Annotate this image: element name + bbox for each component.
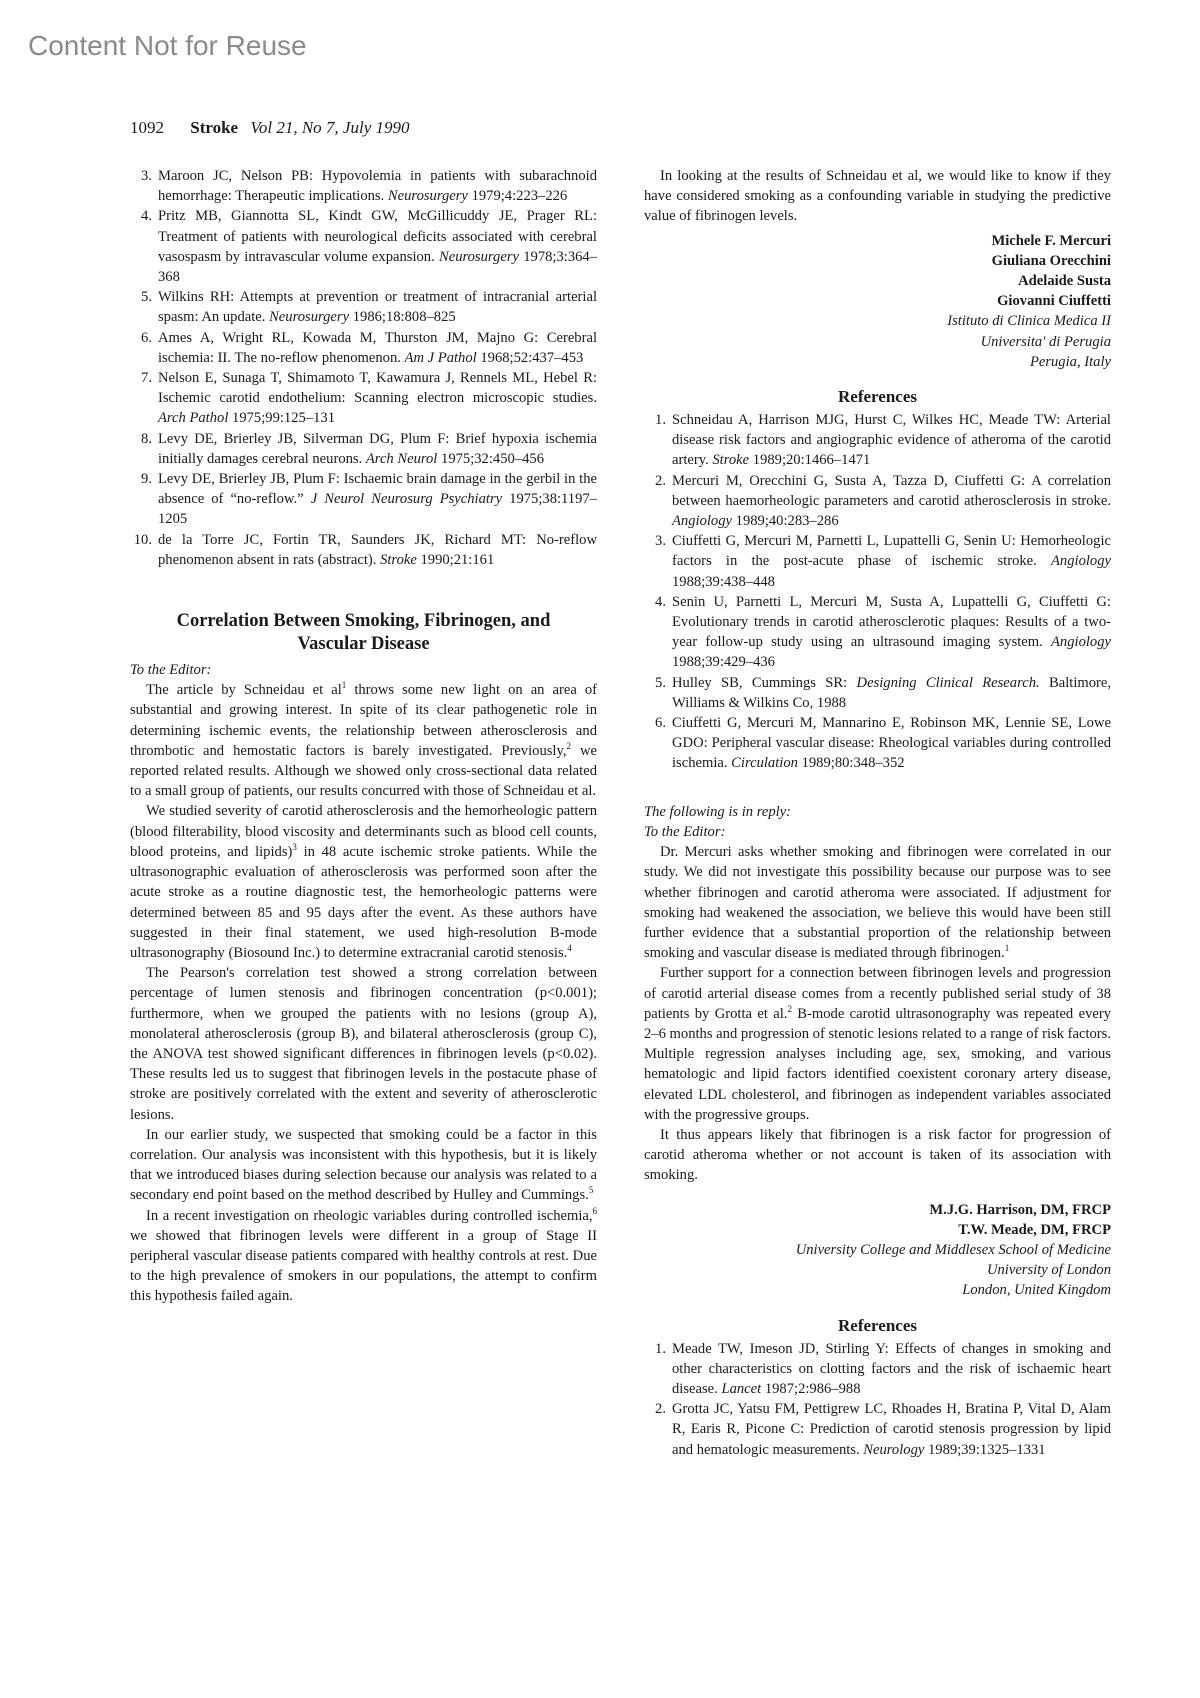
reference-item: 2.Grotta JC, Yatsu FM, Pettigrew LC, Rho…	[644, 1399, 1111, 1460]
affiliation: University College and Middlesex School …	[644, 1240, 1111, 1260]
body-paragraph: The Pearson's correlation test showed a …	[130, 963, 597, 1125]
reference-item: 4.Pritz MB, Giannotta SL, Kindt GW, McGi…	[130, 206, 597, 287]
reply-references-heading: References	[644, 1315, 1111, 1337]
body-paragraph: In a recent investigation on rheologic v…	[130, 1206, 597, 1307]
body-paragraph: In our earlier study, we suspected that …	[130, 1125, 597, 1206]
reference-item: 5.Wilkins RH: Attempts at prevention or …	[130, 287, 597, 327]
affiliation: Istituto di Clinica Medica II	[644, 311, 1111, 331]
reply-reference-list: 1.Meade TW, Imeson JD, Stirling Y: Effec…	[644, 1339, 1111, 1460]
page-number: 1092	[130, 118, 164, 137]
author-name: Adelaide Susta	[644, 271, 1111, 291]
reference-item: 6.Ciuffetti G, Mercuri M, Mannarino E, R…	[644, 713, 1111, 774]
prior-reference-list: 3.Maroon JC, Nelson PB: Hypovolemia in p…	[130, 166, 597, 570]
reply-paragraph: Further support for a connection between…	[644, 963, 1111, 1125]
closing-paragraph: In looking at the results of Schneidau e…	[644, 166, 1111, 227]
watermark: Content Not for Reuse	[28, 30, 307, 62]
reply-paragraph: Dr. Mercuri asks whether smoking and fib…	[644, 842, 1111, 963]
right-column: In looking at the results of Schneidau e…	[644, 166, 1111, 1460]
author-name: Giovanni Ciuffetti	[644, 291, 1111, 311]
affiliation: Universita' di Perugia	[644, 332, 1111, 352]
letter-reference-list: 1.Schneidau A, Harrison MJG, Hurst C, Wi…	[644, 410, 1111, 774]
author-name: Giuliana Orecchini	[644, 251, 1111, 271]
reference-item: 4.Senin U, Parnetti L, Mercuri M, Susta …	[644, 592, 1111, 673]
salutation: To the Editor:	[130, 660, 597, 680]
author-name: T.W. Meade, DM, FRCP	[644, 1220, 1111, 1240]
running-head: 1092 Stroke Vol 21, No 7, July 1990	[130, 118, 410, 138]
affiliation: University of London	[644, 1260, 1111, 1280]
references-heading: References	[644, 386, 1111, 408]
reply-paragraph: It thus appears likely that fibrinogen i…	[644, 1125, 1111, 1186]
article-title: Correlation Between Smoking, Fibrinogen,…	[140, 610, 587, 656]
affiliation: London, United Kingdom	[644, 1280, 1111, 1300]
reference-item: 3.Maroon JC, Nelson PB: Hypovolemia in p…	[130, 166, 597, 206]
body-paragraph: We studied severity of carotid atheroscl…	[130, 801, 597, 963]
journal-name: Stroke	[190, 118, 238, 137]
reply-signature: M.J.G. Harrison, DM, FRCP T.W. Meade, DM…	[644, 1200, 1111, 1301]
reply-intro: The following is in reply:	[644, 802, 1111, 822]
reference-item: 1.Schneidau A, Harrison MJG, Hurst C, Wi…	[644, 410, 1111, 471]
reference-item: 10.de la Torre JC, Fortin TR, Saunders J…	[130, 530, 597, 570]
reference-item: 3.Ciuffetti G, Mercuri M, Parnetti L, Lu…	[644, 531, 1111, 592]
reference-item: 2.Mercuri M, Orecchini G, Susta A, Tazza…	[644, 471, 1111, 532]
reference-item: 5.Hulley SB, Cummings SR: Designing Clin…	[644, 673, 1111, 713]
reference-item: 8.Levy DE, Brierley JB, Silverman DG, Pl…	[130, 429, 597, 469]
left-column: 3.Maroon JC, Nelson PB: Hypovolemia in p…	[130, 166, 597, 1307]
reference-item: 9.Levy DE, Brierley JB, Plum F: Ischaemi…	[130, 469, 597, 530]
journal-issue: Vol 21, No 7, July 1990	[250, 118, 409, 137]
letter-signature: Michele F. Mercuri Giuliana Orecchini Ad…	[644, 231, 1111, 372]
reply-salutation: To the Editor:	[644, 822, 1111, 842]
author-name: M.J.G. Harrison, DM, FRCP	[644, 1200, 1111, 1220]
author-name: Michele F. Mercuri	[644, 231, 1111, 251]
affiliation: Perugia, Italy	[644, 352, 1111, 372]
body-paragraph: The article by Schneidau et al1 throws s…	[130, 680, 597, 801]
reference-item: 1.Meade TW, Imeson JD, Stirling Y: Effec…	[644, 1339, 1111, 1400]
reference-item: 7.Nelson E, Sunaga T, Shimamoto T, Kawam…	[130, 368, 597, 429]
reference-item: 6.Ames A, Wright RL, Kowada M, Thurston …	[130, 328, 597, 368]
